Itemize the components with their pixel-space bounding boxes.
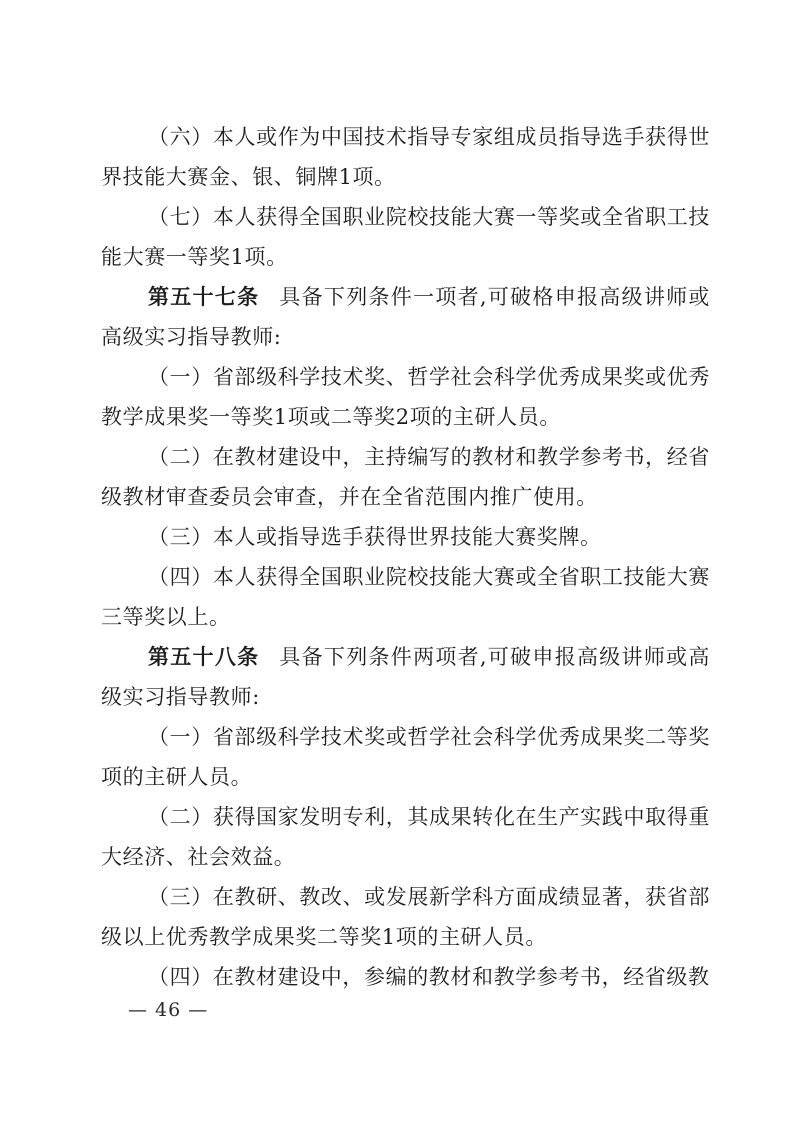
paragraph: （一）省部级科学技术奖或哲学社会科学优秀成果奖二等奖项的主研人员。 [101, 717, 710, 797]
document-body: （六）本人或作为中国技术指导专家组成员指导选手获得世界技能大赛金、银、铜牌1项。… [101, 117, 710, 997]
paragraph-text: （二）获得国家发明专利，其成果转化在生产实践中取得重大经济、社会效益。 [101, 805, 710, 869]
paragraph: （二）获得国家发明专利，其成果转化在生产实践中取得重大经济、社会效益。 [101, 797, 710, 877]
document-page: { "page": { "background": "#ffffff", "te… [0, 0, 800, 1131]
paragraph-text: （一）省部级科学技术奖或哲学社会科学优秀成果奖二等奖项的主研人员。 [101, 725, 710, 789]
paragraph: （七）本人获得全国职业院校技能大赛一等奖或全省职工技能大赛一等奖1项。 [101, 197, 710, 277]
paragraph: （三）本人或指导选手获得世界技能大赛奖牌。 [101, 517, 710, 557]
paragraph: （六）本人或作为中国技术指导专家组成员指导选手获得世界技能大赛金、银、铜牌1项。 [101, 117, 710, 197]
paragraph: （一）省部级科学技术奖、哲学社会科学优秀成果奖或优秀教学成果奖一等奖1项或二等奖… [101, 357, 710, 437]
paragraph-text: （四）本人获得全国职业院校技能大赛或全省职工技能大赛三等奖以上。 [101, 565, 710, 629]
page-background: （六）本人或作为中国技术指导专家组成员指导选手获得世界技能大赛金、银、铜牌1项。… [0, 0, 800, 1131]
paragraph: （二）在教材建设中，主持编写的教材和教学参考书，经省级教材审查委员会审查，并在全… [101, 437, 710, 517]
article-number: 第五十八条 [148, 644, 259, 669]
paragraph: 第五十八条具备下列条件两项者,可破申报高级讲师或高级实习指导教师: [101, 637, 710, 717]
paragraph: （四）本人获得全国职业院校技能大赛或全省职工技能大赛三等奖以上。 [101, 557, 710, 637]
page-number: — 46 — [128, 998, 208, 1022]
article-number: 第五十七条 [148, 284, 259, 309]
paragraph: 第五十七条具备下列条件一项者,可破格申报高级讲师或高级实习指导教师: [101, 277, 710, 357]
paragraph-text: （三）本人或指导选手获得世界技能大赛奖牌。 [148, 525, 602, 549]
paragraph-text: （四）在教材建设中，参编的教材和教学参考书，经省级教 [148, 965, 710, 989]
paragraph-text: （六）本人或作为中国技术指导专家组成员指导选手获得世界技能大赛金、银、铜牌1项。 [101, 125, 710, 189]
paragraph: （三）在教研、教改、或发展新学科方面成绩显著，获省部级以上优秀教学成果奖二等奖1… [101, 877, 710, 957]
paragraph-text: （二）在教材建设中，主持编写的教材和教学参考书，经省级教材审查委员会审查，并在全… [101, 445, 710, 509]
paragraph-text: （一）省部级科学技术奖、哲学社会科学优秀成果奖或优秀教学成果奖一等奖1项或二等奖… [101, 365, 710, 429]
paragraph: （四）在教材建设中，参编的教材和教学参考书，经省级教 [101, 957, 710, 997]
paragraph-text: （三）在教研、教改、或发展新学科方面成绩显著，获省部级以上优秀教学成果奖二等奖1… [101, 885, 710, 949]
paragraph-text: （七）本人获得全国职业院校技能大赛一等奖或全省职工技能大赛一等奖1项。 [101, 205, 710, 269]
